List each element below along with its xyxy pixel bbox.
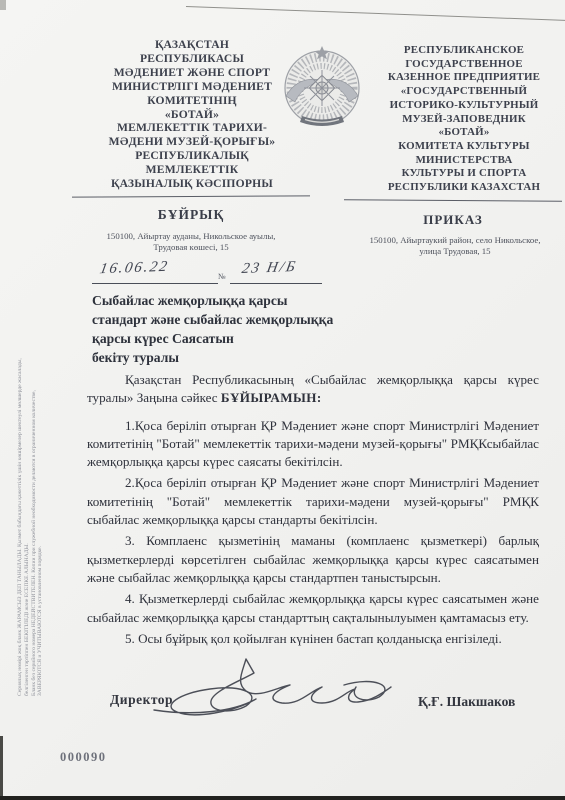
order-item-3: 3. Комплаенс қызметінің маманы (комплаен… bbox=[87, 532, 539, 587]
org-ru-line: «БОТАЙ» bbox=[368, 126, 560, 140]
handwritten-signature bbox=[148, 652, 408, 730]
org-ru-line: КАЗЕННОЕ ПРЕДПРИЯТИЕ bbox=[368, 71, 560, 85]
header-divider-left bbox=[72, 195, 310, 198]
scan-artifact-line bbox=[186, 6, 565, 21]
org-name-russian: РЕСПУБЛИКАНСКОЕ ГОСУДАРСТВЕННОЕ КАЗЕННОЕ… bbox=[368, 44, 560, 195]
header-divider-right bbox=[344, 199, 562, 202]
address-kz-line1: 150100, Айыртау ауданы, Никольское ауылы… bbox=[68, 231, 314, 242]
intro-ordering-word: БҰЙЫРАМЫН: bbox=[221, 390, 322, 405]
org-kz-line: РЕСПУБЛИКАЛЫҚ bbox=[72, 149, 312, 163]
address-kazakh: 150100, Айыртау ауданы, Никольское ауылы… bbox=[68, 231, 314, 253]
org-ru-line: МИНИСТЕРСТВА bbox=[368, 154, 560, 168]
order-item-4: 4. Қызметкерлерді сыбайлас жемқорлыққа қ… bbox=[87, 590, 539, 627]
order-item-1: 1.Қоса беріліп отырған ҚР Мәдениет және … bbox=[87, 417, 539, 472]
security-line-ru-1: Бланк без серийного номера НЕДЕЙСТВИТЕЛЕ… bbox=[31, 180, 38, 696]
address-russian: 150100, Айыртаукий район, село Никольско… bbox=[348, 235, 562, 257]
org-ru-line: МУЗЕЙ-ЗАПОВЕДНИК bbox=[368, 113, 560, 127]
date-number-row: 16.06.22 № 23 Н/Б bbox=[92, 258, 342, 288]
handwritten-number: 23 Н/Б bbox=[240, 259, 298, 278]
scan-edge-left bbox=[0, 736, 3, 796]
order-body: Қазақстан Республикасының «Сыбайлас жемқ… bbox=[87, 371, 539, 651]
number-sign: № bbox=[218, 272, 226, 281]
org-kz-line: ҚАЗЫНАЛЫҚ КӘСІПОРНЫ bbox=[72, 177, 312, 191]
security-line-kz-1: Сериялық нөмірі жоқ бланк ЖАРАМСЫЗ ДЕП Т… bbox=[17, 180, 24, 696]
org-ru-line: ИСТОРИКО-КУЛЬТУРНЫЙ bbox=[368, 99, 560, 113]
scanned-order-document: ҚАЗАҚСТАН РЕСПУБЛИКАСЫ МӘДЕНИЕТ ЖӘНЕ СПО… bbox=[0, 0, 565, 800]
kazakhstan-coat-of-arms-icon bbox=[272, 40, 372, 144]
org-ru-line: КУЛЬТУРЫ И СПОРТА bbox=[368, 167, 560, 181]
security-fine-print: Сериялық нөмірі жоқ бланк ЖАРАМСЫЗ ДЕП Т… bbox=[17, 180, 44, 696]
address-kz-line2: Трудовая көшесі, 15 bbox=[68, 242, 314, 253]
org-ru-line: КОМИТЕТА КУЛЬТУРЫ bbox=[368, 140, 560, 154]
order-subject: Сыбайлас жемқорлыққа қарсы стандарт және… bbox=[92, 291, 432, 367]
order-item-2: 2.Қоса беріліп отырған ҚР Мәдениет және … bbox=[87, 474, 539, 529]
address-ru-line1: 150100, Айыртаукий район, село Никольско… bbox=[348, 235, 562, 246]
org-ru-line: РЕСПУБЛИКАНСКОЕ bbox=[368, 44, 560, 58]
order-title-kazakh: БҰЙРЫҚ bbox=[72, 207, 310, 223]
order-title-russian: ПРИКАЗ bbox=[344, 212, 562, 228]
security-line-kz-2: белгіленген тәртіппен БЕКІТІЛЕДІ және ЕС… bbox=[24, 180, 31, 696]
blank-serial-number: 000090 bbox=[60, 750, 107, 765]
address-ru-line2: улица Трудовая, 15 bbox=[348, 246, 562, 257]
scan-edge-bottom bbox=[0, 796, 565, 800]
intro-paragraph: Қазақстан Республикасының «Сыбайлас жемқ… bbox=[87, 371, 539, 408]
subject-line: қарсы күрес Саясатын bbox=[92, 329, 432, 348]
org-kz-line: МЕМЛЕКЕТТІК bbox=[72, 163, 312, 177]
order-item-5: 5. Осы бұйрық қол қойылған күнінен баста… bbox=[87, 630, 539, 648]
org-ru-line: ГОСУДАРСТВЕННОЕ bbox=[368, 58, 560, 72]
org-ru-line: РЕСПУБЛИКИ КАЗАХСТАН bbox=[368, 181, 560, 195]
signer-name: Қ.Ғ. Шакшаков bbox=[418, 694, 515, 710]
security-line-ru-2: ЗАВЕРЯЮТСЯ и УЧИТЫВАЮТСЯ в установленном… bbox=[37, 180, 44, 696]
subject-line: Сыбайлас жемқорлыққа қарсы bbox=[92, 291, 432, 310]
org-ru-line: «ГОСУДАРСТВЕННЫЙ bbox=[368, 85, 560, 99]
handwritten-date: 16.06.22 bbox=[98, 259, 170, 278]
subject-line: стандарт және сыбайлас жемқорлыққа bbox=[92, 310, 432, 329]
subject-line: бекіту туралы bbox=[92, 348, 432, 367]
scan-edge-corner bbox=[0, 0, 6, 10]
